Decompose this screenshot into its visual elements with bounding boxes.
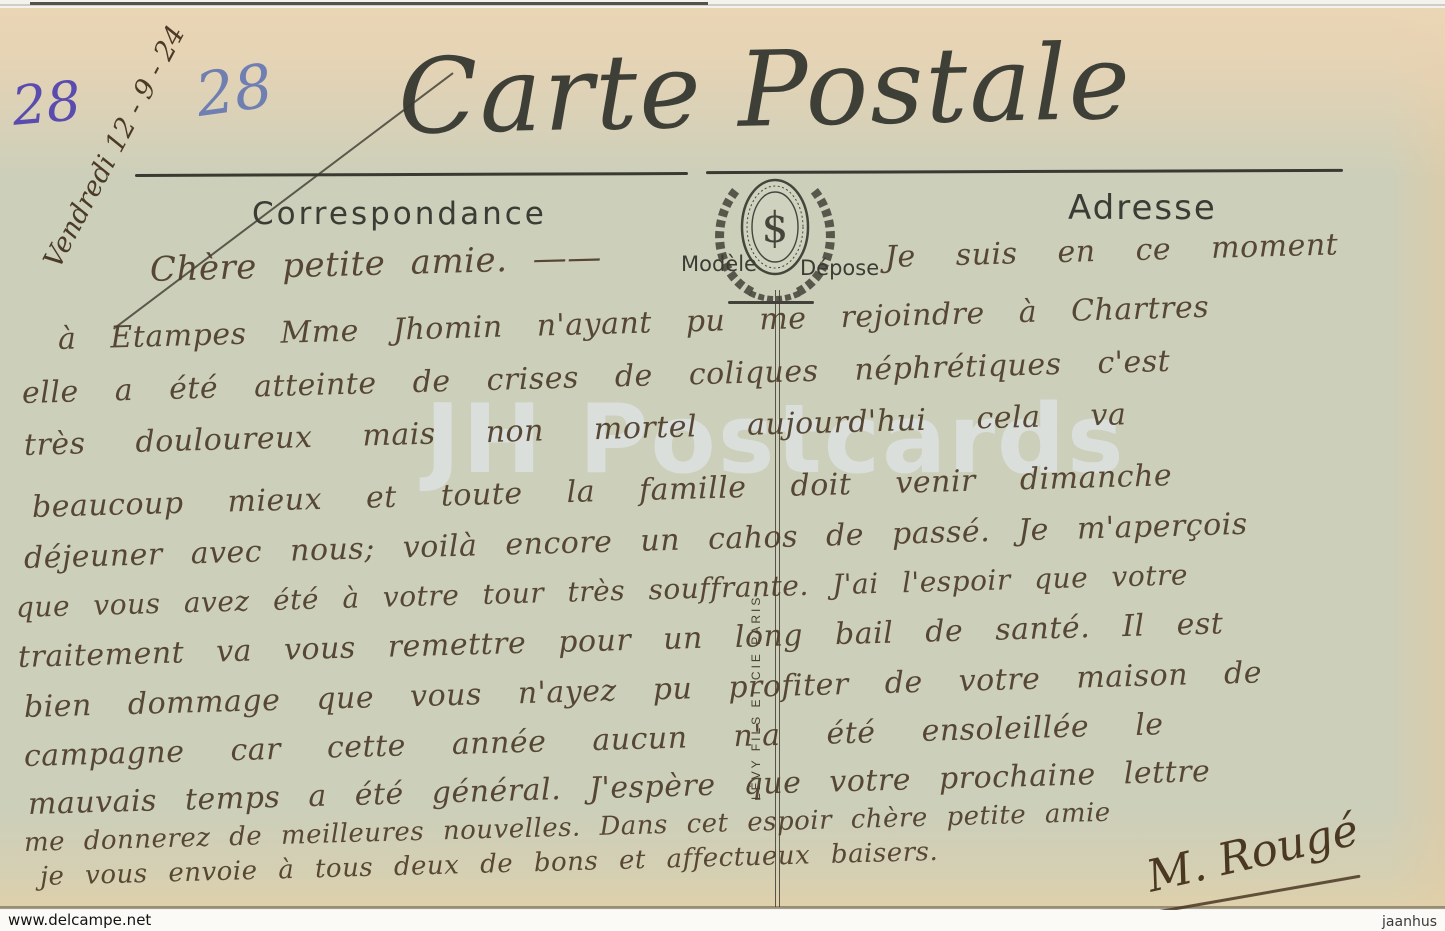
postcard-scan: JH Postcards Carte Postale Correspondanc… <box>0 0 1445 931</box>
emblem-depose-label: Dépose <box>800 256 879 280</box>
footer-site-url: www.delcampe.net <box>8 911 151 929</box>
collector-number-purple: 28 <box>9 69 83 138</box>
correspondence-label: Correspondance <box>252 196 547 232</box>
scan-edge-shadow <box>30 2 708 5</box>
emblem-modele-label: Modèle <box>681 252 757 276</box>
footer-collector-name: jaanhus <box>1382 914 1437 930</box>
laurel-wreath-icon: $ <box>690 170 860 305</box>
scan-footer-strip <box>0 910 1445 931</box>
card-bottom-edge <box>0 906 1445 909</box>
postcard-title: Carte Postale <box>397 20 1159 158</box>
card-number-blue: 28 <box>192 51 277 131</box>
monogram-icon: $ <box>762 203 789 252</box>
address-label: Adresse <box>1068 188 1217 228</box>
